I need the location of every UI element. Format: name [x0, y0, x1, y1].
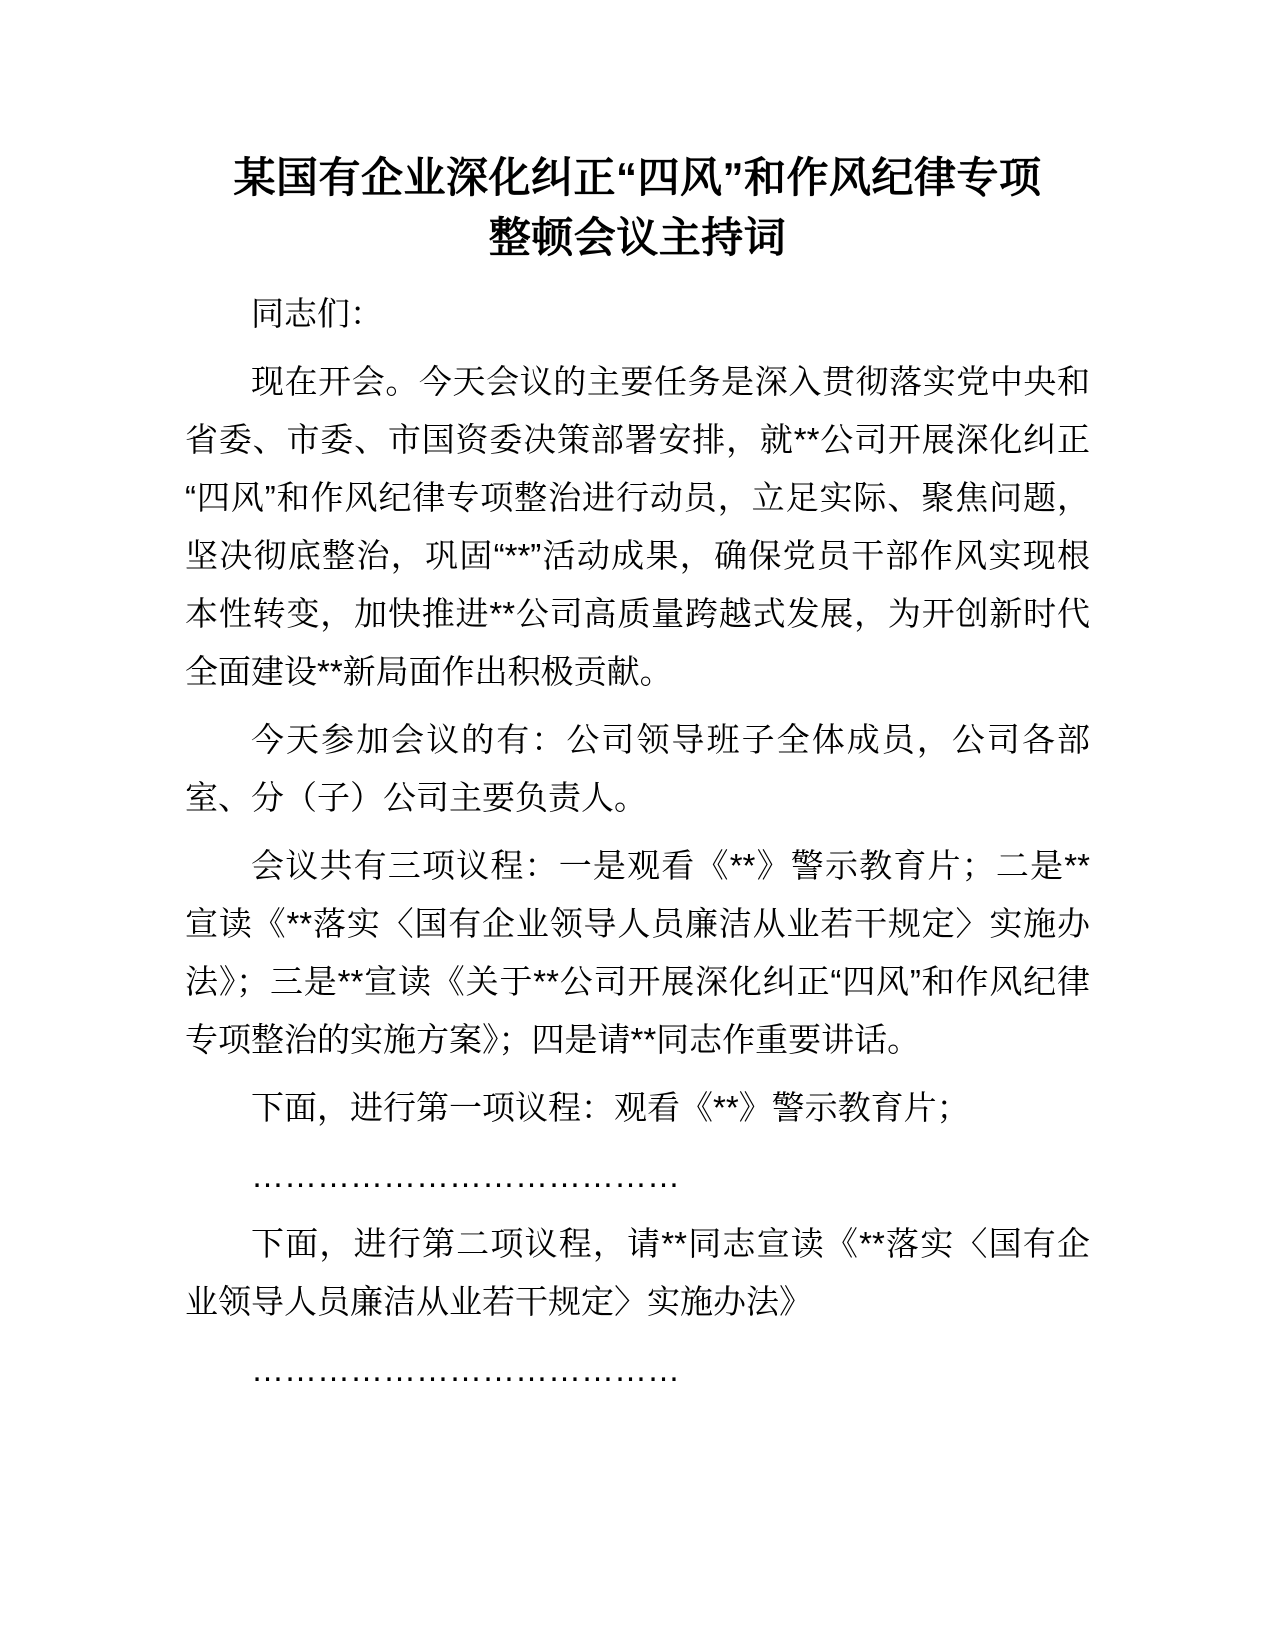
ellipsis-separator-2: ………………………………… — [185, 1341, 1090, 1399]
ellipsis-separator-1: ………………………………… — [185, 1147, 1090, 1205]
paragraph-meeting-opening: 现在开会。今天会议的主要任务是深入贯彻落实党中央和省委、市委、市国资委决策部署安… — [185, 353, 1090, 701]
paragraph-agenda-overview: 会议共有三项议程：一是观看《**》警示教育片；二是**宣读《**落实〈国有企业领… — [185, 837, 1090, 1069]
paragraph-attendees: 今天参加会议的有：公司领导班子全体成员，公司各部室、分（子）公司主要负责人。 — [185, 711, 1090, 827]
salutation: 同志们： — [185, 285, 1090, 343]
paragraph-agenda-item-1: 下面，进行第一项议程：观看《**》警示教育片； — [185, 1079, 1090, 1137]
document-title: 某国有企业深化纠正“四风”和作风纪律专项 整顿会议主持词 — [185, 148, 1090, 268]
document-title-line-1: 某国有企业深化纠正“四风”和作风纪律专项 — [185, 148, 1090, 208]
document-page: 某国有企业深化纠正“四风”和作风纪律专项 整顿会议主持词 同志们： 现在开会。今… — [0, 0, 1275, 1650]
document-body: 同志们： 现在开会。今天会议的主要任务是深入贯彻落实党中央和省委、市委、市国资委… — [185, 285, 1090, 1399]
paragraph-agenda-item-2: 下面，进行第二项议程，请**同志宣读《**落实〈国有企业领导人员廉洁从业若干规定… — [185, 1215, 1090, 1331]
document-title-line-2: 整顿会议主持词 — [185, 208, 1090, 268]
